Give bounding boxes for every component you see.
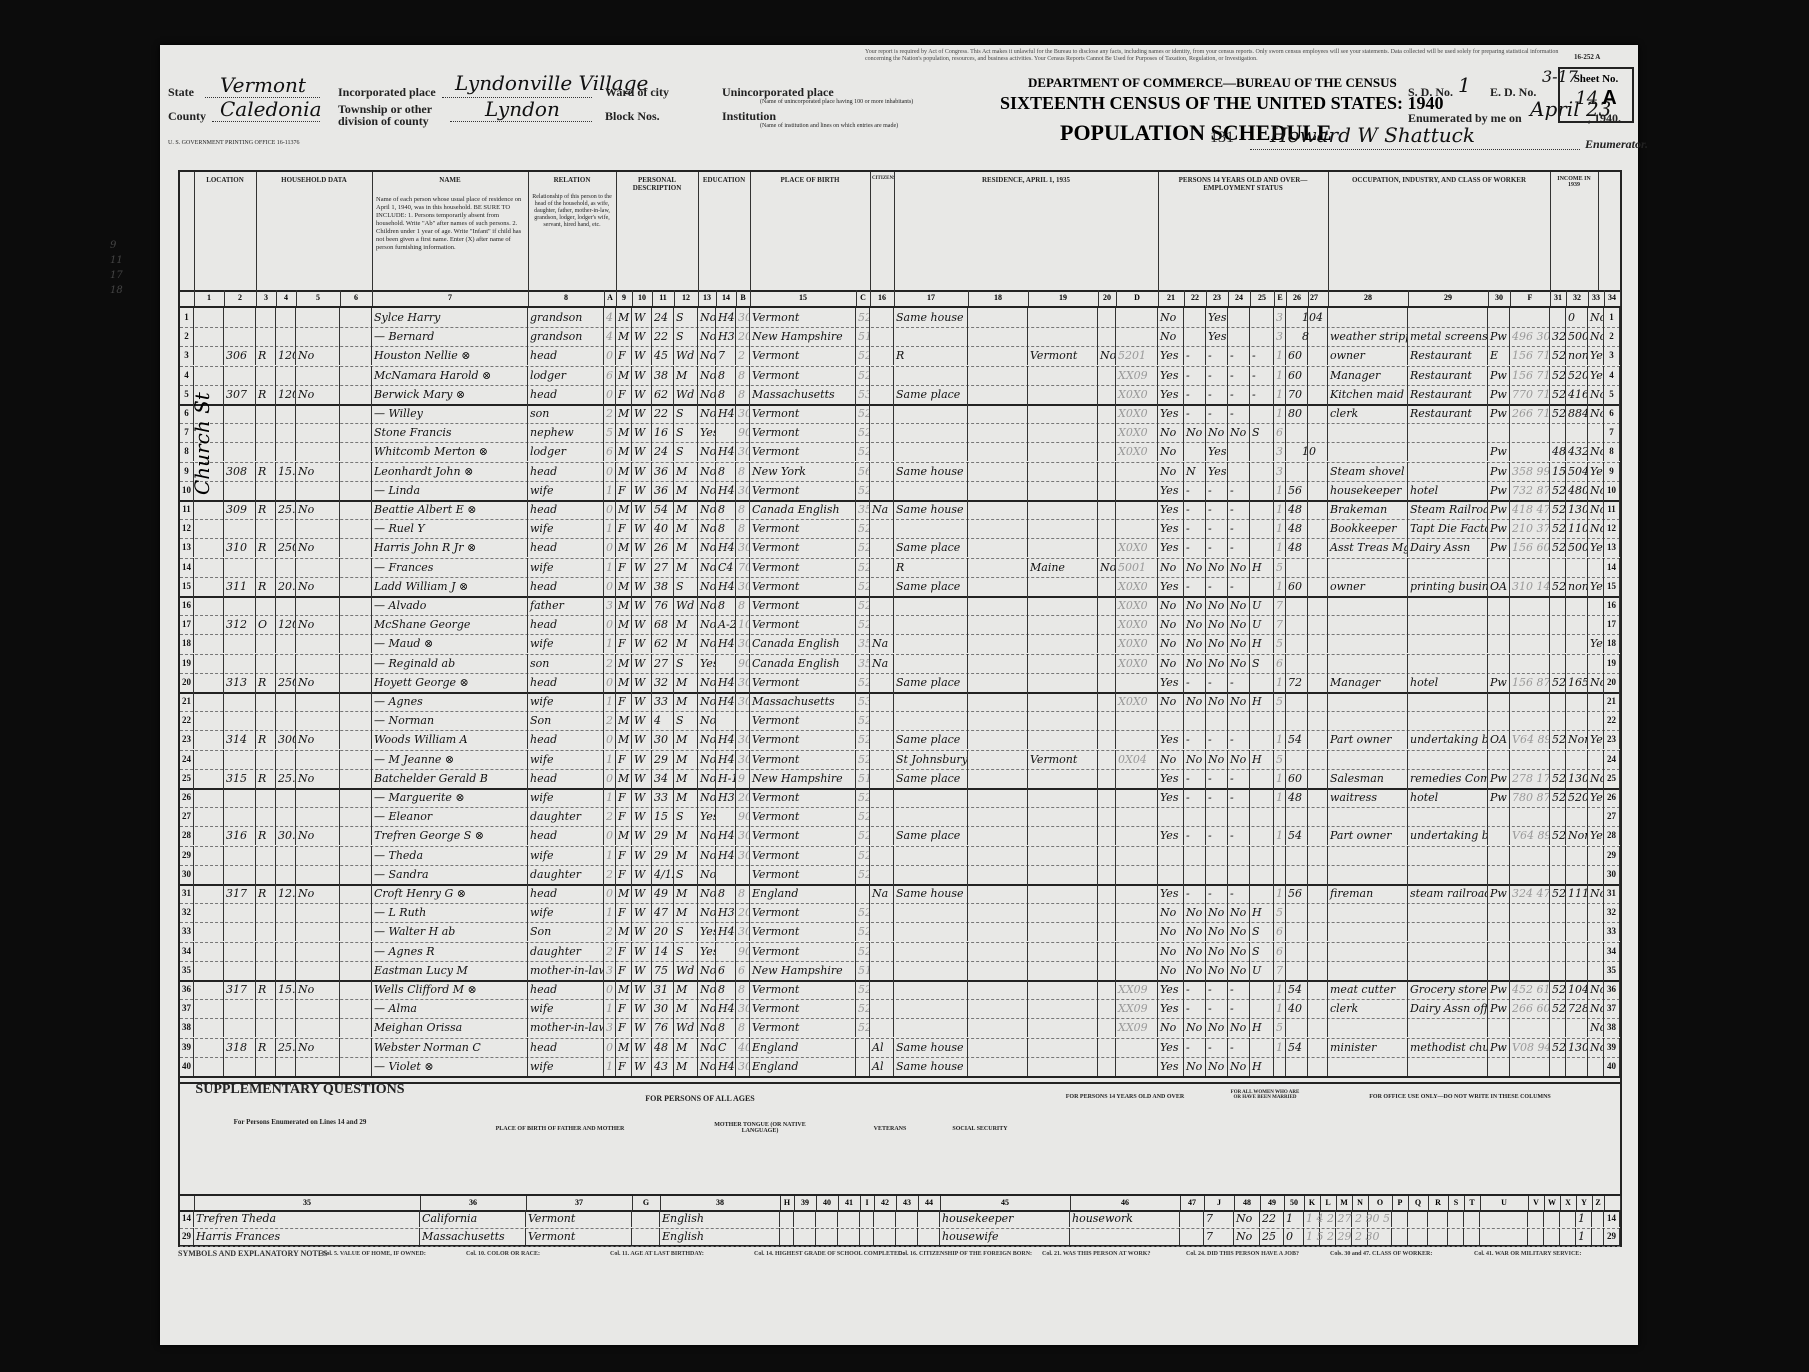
cell-c33: No: [1588, 980, 1604, 999]
cell-c24: No: [1228, 558, 1250, 577]
cell-c31: 52: [1550, 730, 1566, 749]
cell-empty: [340, 711, 372, 730]
line-number-right: 33: [1604, 922, 1620, 941]
cell-c33: [1588, 692, 1604, 711]
cell-st: [1028, 711, 1098, 730]
cell-mar: S: [674, 404, 698, 423]
cell-c24: -: [1228, 769, 1250, 788]
supp-column-number: U: [1480, 1196, 1529, 1210]
cell-c33: No: [1588, 404, 1604, 423]
supp-cell-empty: [1592, 1228, 1604, 1245]
cell-empty: [194, 788, 224, 807]
cell-age: 26: [652, 538, 674, 557]
supp-column-number: I: [860, 1196, 875, 1210]
table-row: 5307R1200NoBerwick Mary ⊗head0FW62WdNo88…: [180, 385, 1620, 406]
cell-c: 52: [856, 922, 870, 941]
cell-rel: wife: [528, 1057, 604, 1076]
supp-title: SUPPLEMENTARY QUESTIONS: [180, 1082, 420, 1098]
cell-ind: [1408, 865, 1488, 884]
cell-value: [276, 308, 296, 327]
cell-e: 1: [1274, 788, 1286, 807]
cell-f: [1510, 750, 1550, 769]
cell-cls: Pw: [1488, 442, 1510, 461]
cell-age: 75: [652, 961, 674, 980]
cell-c: [856, 1038, 870, 1057]
cell-house: [224, 922, 256, 941]
cell-rel: daughter: [528, 865, 604, 884]
cell-grade: H3: [716, 327, 736, 346]
cell-age: 29: [652, 750, 674, 769]
cell-city: [894, 481, 968, 500]
cell-d: [1116, 500, 1158, 519]
cell-city: [894, 404, 968, 423]
cell-c23: -: [1206, 980, 1228, 999]
cell-race: W: [632, 577, 652, 596]
cell-e: 1: [1274, 730, 1286, 749]
cell-f: 156 71 3: [1510, 346, 1550, 365]
cell-c22: No: [1184, 558, 1206, 577]
cell-c23: [1206, 846, 1228, 865]
cell-c22: [1184, 327, 1206, 346]
cell-d: X0X0: [1116, 423, 1158, 442]
cell-c21: No: [1158, 615, 1184, 634]
cell-st: [1028, 673, 1098, 692]
cell-st: [1028, 730, 1098, 749]
cell-occ: owner: [1328, 346, 1408, 365]
supp-cell-ind: housework: [1070, 1210, 1180, 1227]
cell-county: [968, 942, 1028, 961]
supp-cell-empty: [918, 1210, 940, 1227]
group-income: INCOME IN 1939: [1550, 172, 1598, 192]
cell-c27: [1300, 826, 1328, 845]
cell-own: R: [256, 385, 276, 404]
cell-line: 18: [180, 634, 194, 653]
cell-age: 30: [652, 730, 674, 749]
cell-c33: Yes: [1588, 788, 1604, 807]
population-table: LOCATION HOUSEHOLD DATA NAME Name of eac…: [178, 170, 1622, 1084]
cell-c27: [1300, 385, 1328, 404]
cell-line: 25: [180, 769, 194, 788]
cell-rel: head: [528, 884, 604, 903]
cell-own: R: [256, 462, 276, 481]
cell-c31: [1550, 711, 1566, 730]
cell-c27: [1300, 673, 1328, 692]
cell-county: [968, 308, 1028, 327]
cell-city: [894, 423, 968, 442]
cell-c25: [1250, 807, 1274, 826]
supp-cell-empty: [794, 1210, 816, 1227]
cell-value: 2500: [276, 538, 296, 557]
supp-cell-empty: [838, 1210, 860, 1227]
cell-c24: -: [1228, 884, 1250, 903]
cell-st: [1028, 596, 1098, 615]
cell-a: 2: [604, 865, 616, 884]
cell-d: XX09: [1116, 999, 1158, 1018]
cell-sex: F: [616, 634, 632, 653]
cell-c21: Yes: [1158, 366, 1184, 385]
cell-birth: Vermont: [750, 788, 856, 807]
cell-farm: [296, 327, 340, 346]
cell-birth: New York: [750, 462, 856, 481]
cell-empty: [194, 884, 224, 903]
cell-c25: [1250, 730, 1274, 749]
cell-cls: [1488, 1057, 1510, 1076]
cell-c22: No: [1184, 692, 1206, 711]
cell-birth: Vermont: [750, 423, 856, 442]
cell-ind: [1408, 1057, 1488, 1076]
women-label: FOR ALL WOMEN WHO ARE OR HAVE BEEN MARRI…: [1230, 1090, 1300, 1100]
table-row: 17312O12000NoMcShane Georgehead0MW68MNoA…: [180, 615, 1620, 635]
cell-mar: M: [674, 730, 698, 749]
cell-ind: [1408, 462, 1488, 481]
cell-c31: [1550, 865, 1566, 884]
cell-grade: [716, 807, 736, 826]
line-number-right: 40: [1604, 1057, 1620, 1076]
cell-empty: [340, 1038, 372, 1057]
cell-county: [968, 346, 1028, 365]
cell-occ: Brakeman: [1328, 500, 1408, 519]
cell-farm: [296, 481, 340, 500]
cell-c33: [1588, 922, 1604, 941]
supp-cell-name: Trefren Theda: [194, 1210, 420, 1227]
supp-column-number: 35: [194, 1196, 421, 1210]
supp-column-number: [180, 1196, 195, 1210]
cell-sex: F: [616, 692, 632, 711]
cell-c: 52: [856, 481, 870, 500]
cell-c31: 52: [1550, 980, 1566, 999]
cell-a: 0: [604, 730, 616, 749]
cell-b: 8: [736, 1018, 750, 1037]
cell-cit: [870, 922, 894, 941]
supp-column-number: 38: [660, 1196, 781, 1210]
cell-c: 52: [856, 519, 870, 538]
cell-farm35: [1098, 1018, 1116, 1037]
cell-age: 14: [652, 942, 674, 961]
cell-c27: 104: [1300, 308, 1328, 327]
explanatory-notes: SYMBOLS AND EXPLANATORY NOTESCol. 5. VAL…: [178, 1250, 1618, 1340]
cell-c31: 52: [1550, 884, 1566, 903]
cell-rel: head: [528, 577, 604, 596]
cell-cls: Pw: [1488, 769, 1510, 788]
mother-tongue-label: MOTHER TONGUE (OR NATIVE LANGUAGE): [700, 1122, 820, 1134]
cell-c32: [1566, 596, 1588, 615]
supp-column-number: Q: [1408, 1196, 1429, 1210]
cell-rel: head: [528, 615, 604, 634]
enumerator-number: 131: [1210, 129, 1234, 147]
cell-birth: New Hampshire: [750, 961, 856, 980]
cell-empty: [340, 481, 372, 500]
cell-name: — Theda: [372, 846, 528, 865]
cell-c24: No: [1228, 750, 1250, 769]
cell-birth: Vermont: [750, 308, 856, 327]
cell-name: — Ruel Y: [372, 519, 528, 538]
cell-c24: No: [1228, 961, 1250, 980]
cell-race: W: [632, 346, 652, 365]
cell-c23: No: [1206, 615, 1228, 634]
cell-empty: [340, 999, 372, 1018]
cell-line: 38: [180, 1018, 194, 1037]
table-row: 37— Almawife1FW30MNoH430Vermont52XX09Yes…: [180, 999, 1620, 1019]
cell-empty: [340, 1018, 372, 1037]
cell-ind: Tapt Die Factory: [1408, 519, 1488, 538]
cell-county: [968, 961, 1028, 980]
cell-age: 40: [652, 519, 674, 538]
table-row: 24— M Jeanne ⊗wife1FW29MNoH430Vermont52S…: [180, 750, 1620, 770]
cell-c32: 504: [1566, 462, 1588, 481]
cell-grade: H4: [716, 442, 736, 461]
cell-sex: M: [616, 596, 632, 615]
cell-f: 732 87 1: [1510, 481, 1550, 500]
cell-line: 36: [180, 980, 194, 999]
cell-age: 48: [652, 1038, 674, 1057]
cell-grade: H4: [716, 730, 736, 749]
cell-c32: 520: [1566, 366, 1588, 385]
cell-c31: [1550, 903, 1566, 922]
cell-a: 4: [604, 327, 616, 346]
supp-column-number: 50: [1284, 1196, 1305, 1210]
cell-age: 16: [652, 423, 674, 442]
cell-farm35: [1098, 769, 1116, 788]
line-number-right: 3: [1604, 346, 1620, 365]
cell-mar: Wd: [674, 385, 698, 404]
cell-sch: No: [698, 788, 716, 807]
supp-cell-right: 29: [1604, 1228, 1620, 1245]
cell-cls: [1488, 865, 1510, 884]
cell-cit: [870, 308, 894, 327]
cell-c: 51: [856, 961, 870, 980]
cell-ind: [1408, 308, 1488, 327]
cell-occ: clerk: [1328, 999, 1408, 1018]
cell-c: 52: [856, 596, 870, 615]
cell-occ: [1328, 423, 1408, 442]
cell-grade: H4: [716, 481, 736, 500]
cell-house: [224, 807, 256, 826]
cell-name: Harris John R Jr ⊗: [372, 538, 528, 557]
cell-occ: [1328, 654, 1408, 673]
cell-age: 43: [652, 1057, 674, 1076]
group-residence-1935: RESIDENCE, APRIL 1, 1935: [894, 172, 1158, 188]
supp-cell-c49: 25: [1260, 1228, 1284, 1245]
table-row: 31317R12.00NoCroft Henry G ⊗head0MW49MNo…: [180, 884, 1620, 904]
confidentiality-notice: Your report is required by Act of Congre…: [865, 49, 1565, 63]
cell-st: Maine: [1028, 558, 1098, 577]
cell-age: 33: [652, 692, 674, 711]
cell-county: [968, 980, 1028, 999]
cell-cls: Pw: [1488, 673, 1510, 692]
cell-house: [224, 366, 256, 385]
cell-sex: M: [616, 1038, 632, 1057]
cell-sex: M: [616, 980, 632, 999]
cell-c31: [1550, 692, 1566, 711]
cell-empty: [340, 634, 372, 653]
cell-grade: H3: [716, 788, 736, 807]
cell-name: Whitcomb Merton ⊗: [372, 442, 528, 461]
cell-c24: [1228, 846, 1250, 865]
supp-column-number: K: [1304, 1196, 1321, 1210]
cell-line: 13: [180, 538, 194, 557]
cell-name: Meighan Orissa: [372, 1018, 528, 1037]
cell-ind: [1408, 922, 1488, 941]
cell-sex: F: [616, 750, 632, 769]
cell-d: X0X0: [1116, 385, 1158, 404]
cell-d: [1116, 1038, 1158, 1057]
cell-c22: No: [1184, 596, 1206, 615]
cell-b: 10: [736, 615, 750, 634]
cell-own: [256, 711, 276, 730]
cell-mar: S: [674, 865, 698, 884]
cell-sex: M: [616, 884, 632, 903]
cell-farm: [296, 519, 340, 538]
supp-office-codes: 1 5 2 29 2 30: [1304, 1228, 1484, 1245]
column-number: [180, 290, 195, 306]
cell-st: [1028, 1038, 1098, 1057]
cell-own: [256, 366, 276, 385]
cell-ind: [1408, 442, 1488, 461]
cell-farm: [296, 999, 340, 1018]
cell-value: [276, 692, 296, 711]
cell-c21: Yes: [1158, 730, 1184, 749]
cell-value: 1200: [276, 385, 296, 404]
cell-cls: Pw: [1488, 404, 1510, 423]
supp-cell-y: 1: [1576, 1210, 1592, 1227]
cell-b: 70: [736, 558, 750, 577]
cell-city: Same house: [894, 500, 968, 519]
cell-f: [1510, 615, 1550, 634]
table-row: 15311R20.00NoLadd William J ⊗head0MW38SN…: [180, 577, 1620, 598]
cell-b: 30: [736, 922, 750, 941]
cell-birth: Vermont: [750, 1018, 856, 1037]
cell-value: [276, 327, 296, 346]
cell-c22: No: [1184, 423, 1206, 442]
cell-house: [224, 750, 256, 769]
cell-e: 1: [1274, 980, 1286, 999]
cell-b: 8: [736, 366, 750, 385]
cell-race: W: [632, 730, 652, 749]
cell-line: 31: [180, 884, 194, 903]
cell-cit: [870, 903, 894, 922]
cell-mar: S: [674, 442, 698, 461]
line-number-right: 6: [1604, 404, 1620, 423]
cell-c21: No: [1158, 558, 1184, 577]
cell-empty: [194, 308, 224, 327]
cell-b: 30: [736, 673, 750, 692]
cell-farm35: [1098, 922, 1116, 941]
cell-value: [276, 519, 296, 538]
cell-name: Batchelder Gerald B: [372, 769, 528, 788]
supp-cell-lang: English: [660, 1210, 780, 1227]
cell-name: — M Jeanne ⊗: [372, 750, 528, 769]
cell-c31: [1550, 1018, 1566, 1037]
cell-c21: Yes: [1158, 481, 1184, 500]
sd-value: 1: [1458, 73, 1471, 97]
cell-cit: Na: [870, 654, 894, 673]
note-block: Col. 41. WAR OR MILITARY SERVICE:: [1474, 1250, 1654, 1258]
cell-house: [224, 711, 256, 730]
cell-farm: No: [296, 673, 340, 692]
cell-a: 4: [604, 308, 616, 327]
cell-c27: [1300, 884, 1328, 903]
cell-cit: Al: [870, 1057, 894, 1076]
table-row: 21— Agneswife1FW33MNoH430Massachusetts53…: [180, 692, 1620, 712]
column-number: 15: [750, 290, 857, 306]
cell-c24: No: [1228, 615, 1250, 634]
cell-f: [1510, 654, 1550, 673]
cell-cit: [870, 462, 894, 481]
cell-cit: [870, 730, 894, 749]
line-number-right: 27: [1604, 807, 1620, 826]
cell-grade: H-1: [716, 769, 736, 788]
supp-cell-empty: [632, 1210, 660, 1227]
cell-c25: [1250, 442, 1274, 461]
cell-rel: Son: [528, 711, 604, 730]
cell-b: 6: [736, 961, 750, 980]
cell-county: [968, 615, 1028, 634]
cell-c32: [1566, 903, 1588, 922]
column-number: 24: [1228, 290, 1251, 306]
enumerator-name: Howard W Shattuck: [1270, 123, 1475, 147]
cell-farm35: [1098, 942, 1116, 961]
table-row: 6— Willeyson2MW22SNoH430Vermont52X0X0Yes…: [180, 404, 1620, 424]
cell-d: [1116, 519, 1158, 538]
cell-age: 4/12: [652, 865, 674, 884]
cell-c31: 52: [1550, 577, 1566, 596]
cell-a: 1: [604, 481, 616, 500]
cell-value: 25.00: [276, 500, 296, 519]
cell-line: 17: [180, 615, 194, 634]
cell-d: X0X0: [1116, 692, 1158, 711]
cell-cls: [1488, 596, 1510, 615]
cell-sch: No: [698, 327, 716, 346]
cell-grade: H4: [716, 750, 736, 769]
cell-grade: 8: [716, 884, 736, 903]
group-name: NAME: [372, 172, 528, 188]
cell-c32: 416: [1566, 385, 1588, 404]
cell-farm: [296, 596, 340, 615]
cell-c: [856, 884, 870, 903]
cell-farm35: [1098, 327, 1116, 346]
line-number-right: 34: [1604, 942, 1620, 961]
cell-a: 0: [604, 1038, 616, 1057]
cell-c32: [1566, 961, 1588, 980]
cell-c33: Yes: [1588, 366, 1604, 385]
cell-mar: M: [674, 846, 698, 865]
cell-e: 5: [1274, 634, 1286, 653]
cell-c22: [1184, 865, 1206, 884]
cell-city: [894, 519, 968, 538]
cell-c22: -: [1184, 730, 1206, 749]
cell-line: 3: [180, 346, 194, 365]
cell-city: [894, 922, 968, 941]
cell-farm: [296, 711, 340, 730]
cell-sex: M: [616, 711, 632, 730]
cell-rel: grandson: [528, 308, 604, 327]
cell-st: [1028, 615, 1098, 634]
cell-house: 308: [224, 462, 256, 481]
cell-c25: [1250, 711, 1274, 730]
cell-farm: [296, 922, 340, 941]
cell-c25: [1250, 999, 1274, 1018]
cell-empty: [194, 807, 224, 826]
supp-cell-ind: [1070, 1228, 1180, 1245]
cell-mar: M: [674, 903, 698, 922]
cell-c24: -: [1228, 577, 1250, 596]
cell-c21: No: [1158, 922, 1184, 941]
cell-farm35: [1098, 366, 1116, 385]
cell-cit: Na: [870, 884, 894, 903]
cell-d: [1116, 769, 1158, 788]
cell-c: 51: [856, 327, 870, 346]
cell-birth: Vermont: [750, 596, 856, 615]
